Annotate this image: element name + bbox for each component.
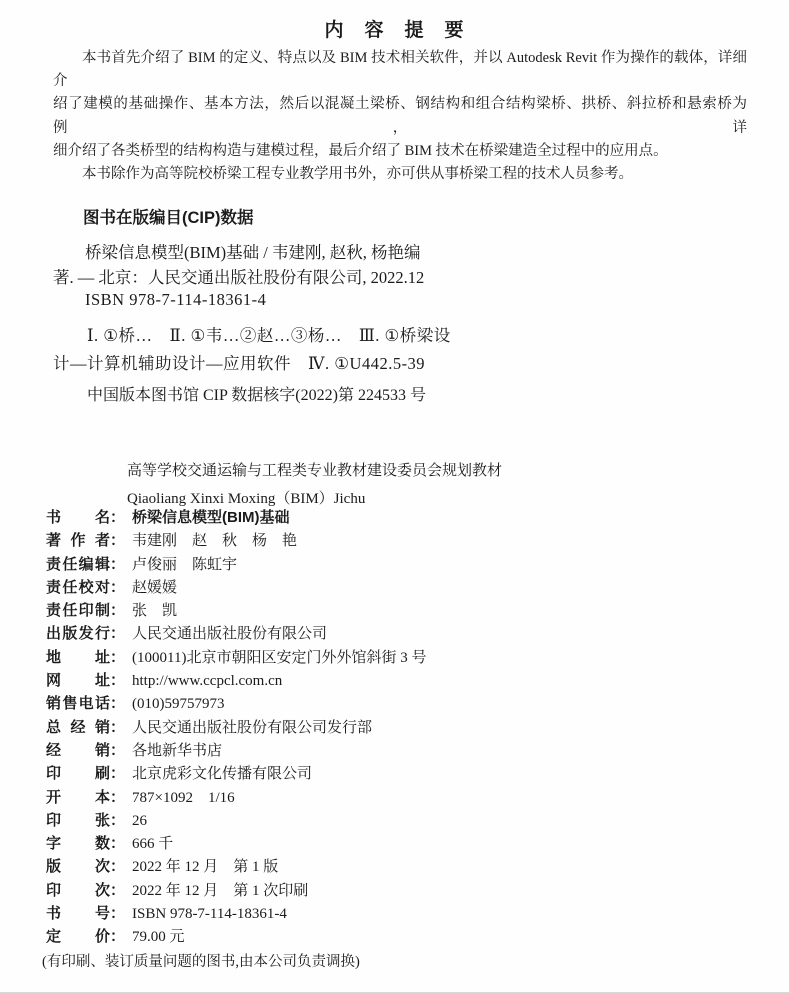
pub-label: 字数 <box>46 832 110 855</box>
pub-label: 总经销 <box>46 716 110 739</box>
pub-colon: ： <box>110 765 125 782</box>
pub-value: 北京虎彩文化传播有限公司 <box>132 766 312 782</box>
cip-isbn: ISBN 978-7-114-18361-4 <box>85 290 266 310</box>
series-pinyin: Qiaoliang Xinxi Moxing（BIM）Jichu <box>127 487 365 508</box>
pub-value: 韦建刚 赵 秋 杨 艳 <box>132 533 297 549</box>
pub-value: ISBN 978-7-114-18361-4 <box>132 906 287 922</box>
publication-info-list: 书名：桥梁信息模型(BIM)基础 著作者：韦建刚 赵 秋 杨 艳 责任编辑：卢俊… <box>46 506 746 949</box>
pub-row-edition: 版次：2022 年 12 月 第 1 版 <box>46 855 746 878</box>
pub-label: 印刷 <box>46 762 110 785</box>
pub-colon: ： <box>110 719 125 736</box>
cip-record-number: 中国版本图书馆 CIP 数据核字(2022)第 224533 号 <box>87 382 426 405</box>
cip-classification-line: 计—计算机辅助设计—应用软件 Ⅳ. ①U442.5-39 <box>53 350 425 374</box>
pub-value: (010)59757973 <box>132 696 225 712</box>
pub-value: 2022 年 12 月 第 1 次印刷 <box>132 883 308 899</box>
pub-row-sheets: 印张：26 <box>46 809 746 832</box>
pub-row-authors: 著作者：韦建刚 赵 秋 杨 艳 <box>46 529 746 552</box>
pub-colon: ： <box>110 579 125 596</box>
pub-row-book-title: 书名：桥梁信息模型(BIM)基础 <box>46 506 746 529</box>
pub-value: 787×1092 1/16 <box>132 790 235 806</box>
pub-value: 各地新华书店 <box>132 743 222 759</box>
pub-colon: ： <box>110 532 125 549</box>
pub-value: 桥梁信息模型(BIM)基础 <box>132 509 290 526</box>
copyright-page: 内 容 提 要 本书首先介绍了 BIM 的定义、特点以及 BIM 技术相关软件，… <box>0 0 790 993</box>
pub-colon: ： <box>110 625 125 642</box>
pub-row-sales-phone: 销售电话：(010)59757973 <box>46 692 746 715</box>
quality-note: (有印刷、装订质量问题的图书,由本公司负责调换) <box>42 950 360 971</box>
pub-colon: ： <box>110 695 125 712</box>
pub-value: 2022 年 12 月 第 1 版 <box>132 859 278 875</box>
pub-colon: ： <box>110 649 125 666</box>
pub-row-word-count: 字数：666 千 <box>46 832 746 855</box>
cip-publisher-line: 著. — 北京：人民交通出版社股份有限公司, 2022.12 <box>53 264 424 288</box>
pub-label: 开本 <box>46 786 110 809</box>
pub-colon: ： <box>110 835 125 852</box>
pub-colon: ： <box>110 789 125 806</box>
summary-line: 本书首先介绍了 BIM 的定义、特点以及 BIM 技术相关软件，并以 Autod… <box>53 47 747 93</box>
pub-label: 地址 <box>46 646 110 669</box>
pub-label: 印张 <box>46 809 110 832</box>
pub-label: 经销 <box>46 739 110 762</box>
pub-label: 出版发行 <box>46 622 110 645</box>
pub-label: 网址 <box>46 669 110 692</box>
pub-row-impression: 印次：2022 年 12 月 第 1 次印刷 <box>46 879 746 902</box>
pub-colon: ： <box>110 602 125 619</box>
summary-line: 细介绍了各类桥型的结构构造与建模过程，最后介绍了 BIM 技术在桥梁建造全过程中… <box>53 140 747 163</box>
pub-row-format: 开本：787×1092 1/16 <box>46 786 746 809</box>
pub-value: 人民交通出版社股份有限公司发行部 <box>132 720 372 736</box>
pub-row-print-supervisor: 责任印制：张 凯 <box>46 599 746 622</box>
pub-label: 书名 <box>46 506 110 529</box>
pub-colon: ： <box>110 556 125 573</box>
pub-colon: ： <box>110 928 125 945</box>
pub-value: 卢俊丽 陈虹宇 <box>132 557 237 573</box>
series-title: 高等学校交通运输与工程类专业教材建设委员会规划教材 <box>127 459 502 480</box>
page-title: 内 容 提 要 <box>0 15 789 42</box>
pub-row-price: 定价：79.00 元 <box>46 925 746 948</box>
pub-label: 责任校对 <box>46 576 110 599</box>
pub-value: 666 千 <box>132 836 173 852</box>
summary-line: 绍了建模的基础操作、基本方法，然后以混凝土梁桥、钢结构和组合结构梁桥、拱桥、斜拉… <box>53 93 747 139</box>
pub-label: 责任编辑 <box>46 553 110 576</box>
pub-label: 印次 <box>46 879 110 902</box>
pub-row-proofreader: 责任校对：赵媛媛 <box>46 576 746 599</box>
pub-colon: ： <box>110 858 125 875</box>
pub-label: 销售电话 <box>46 692 110 715</box>
pub-label: 著作者 <box>46 529 110 552</box>
pub-row-publisher: 出版发行：人民交通出版社股份有限公司 <box>46 622 746 645</box>
pub-row-website: 网址：http://www.ccpcl.com.cn <box>46 669 746 692</box>
summary-paragraph: 本书首先介绍了 BIM 的定义、特点以及 BIM 技术相关软件，并以 Autod… <box>53 47 747 186</box>
pub-value: 26 <box>132 813 147 829</box>
pub-colon: ： <box>110 509 125 526</box>
pub-value: 人民交通出版社股份有限公司 <box>132 626 327 642</box>
cip-classification-line: Ⅰ. ①桥… Ⅱ. ①韦…②赵…③杨… Ⅲ. ①桥梁设 <box>87 322 451 346</box>
pub-row-distributor: 经销：各地新华书店 <box>46 739 746 762</box>
pub-label: 版次 <box>46 855 110 878</box>
pub-label: 责任印制 <box>46 599 110 622</box>
cip-title-line: 桥梁信息模型(BIM)基础 / 韦建刚, 赵秋, 杨艳编 <box>85 239 421 263</box>
pub-row-general-distributor: 总经销：人民交通出版社股份有限公司发行部 <box>46 716 746 739</box>
summary-line: 本书除作为高等院校桥梁工程专业教学用书外，亦可供从事桥梁工程的技术人员参考。 <box>53 163 747 186</box>
pub-label: 定价 <box>46 925 110 948</box>
pub-label: 书号 <box>46 902 110 925</box>
pub-colon: ： <box>110 882 125 899</box>
pub-row-editors: 责任编辑：卢俊丽 陈虹宇 <box>46 553 746 576</box>
pub-colon: ： <box>110 812 125 829</box>
pub-value: 79.00 元 <box>132 929 185 945</box>
pub-value: http://www.ccpcl.com.cn <box>132 673 282 689</box>
pub-row-address: 地址：(100011)北京市朝阳区安定门外外馆斜街 3 号 <box>46 646 746 669</box>
pub-colon: ： <box>110 905 125 922</box>
pub-value: 赵媛媛 <box>132 580 177 596</box>
pub-row-printer: 印刷：北京虎彩文化传播有限公司 <box>46 762 746 785</box>
cip-heading: 图书在版编目(CIP)数据 <box>83 204 254 228</box>
pub-row-book-number: 书号：ISBN 978-7-114-18361-4 <box>46 902 746 925</box>
pub-value: 张 凯 <box>132 603 177 619</box>
pub-colon: ： <box>110 742 125 759</box>
pub-value: (100011)北京市朝阳区安定门外外馆斜街 3 号 <box>132 650 426 666</box>
pub-colon: ： <box>110 672 125 689</box>
